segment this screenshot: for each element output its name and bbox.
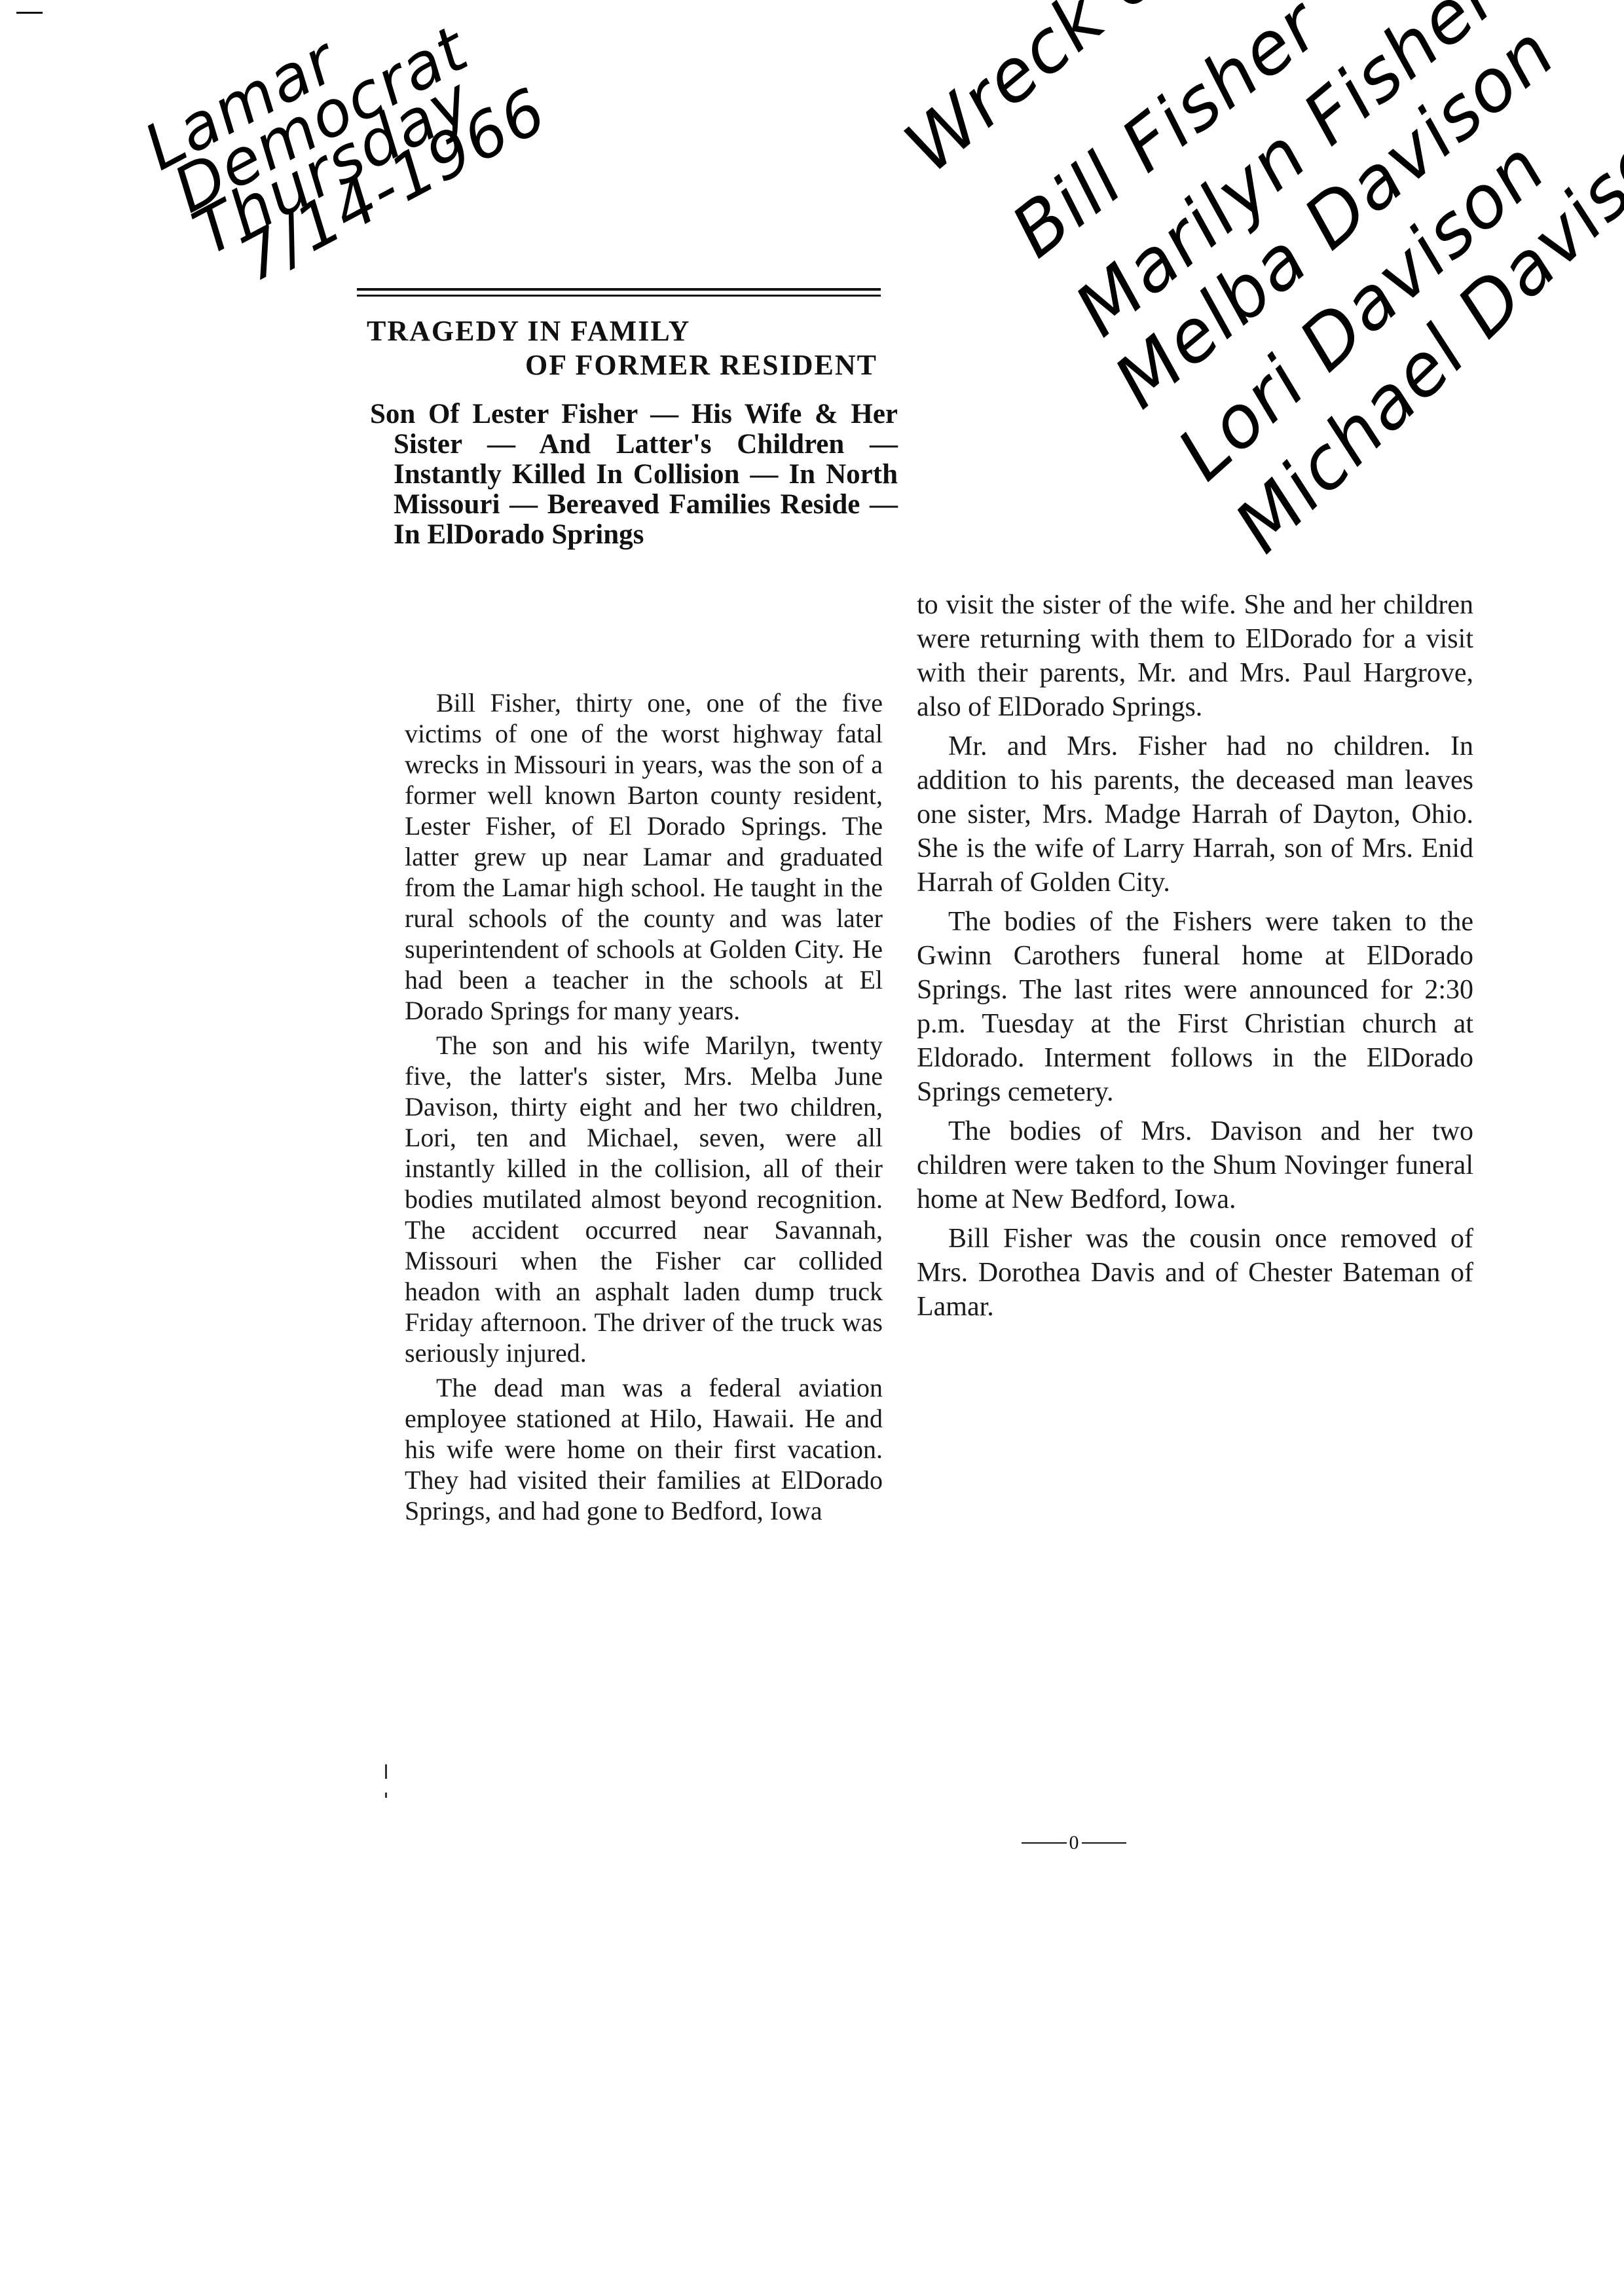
article-end-mark: 0 [1022, 1830, 1126, 1856]
article-subheadline: Son Of Lester Fisher — His Wife & Her Si… [370, 399, 898, 550]
scan-artifact [385, 1764, 387, 1779]
scan-artifact [16, 12, 43, 14]
article-column-left: Bill Fisher, thirty one, one of the five… [405, 687, 883, 1530]
article-column-right: to visit the sister of the wife. She and… [917, 588, 1473, 1329]
headline-line-2: OF FORMER RESIDENT [367, 348, 877, 382]
paragraph: Bill Fisher was the cousin once removed … [917, 1222, 1473, 1324]
paragraph: The dead man was a federal aviation empl… [405, 1372, 883, 1526]
paragraph: The bodies of Mrs. Davison and her two c… [917, 1114, 1473, 1216]
paragraph: Mr. and Mrs. Fisher had no children. In … [917, 729, 1473, 900]
headline-rules [357, 288, 881, 301]
scan-artifact [385, 1793, 387, 1798]
headline-line-1: TRAGEDY IN FAMILY [367, 314, 877, 348]
article-headline: TRAGEDY IN FAMILY OF FORMER RESIDENT [367, 314, 877, 382]
paragraph: The bodies of the Fishers were taken to … [917, 905, 1473, 1109]
paragraph: Bill Fisher, thirty one, one of the five… [405, 687, 883, 1026]
paragraph: to visit the sister of the wife. She and… [917, 588, 1473, 724]
paragraph: The son and his wife Marilyn, twenty fiv… [405, 1030, 883, 1368]
